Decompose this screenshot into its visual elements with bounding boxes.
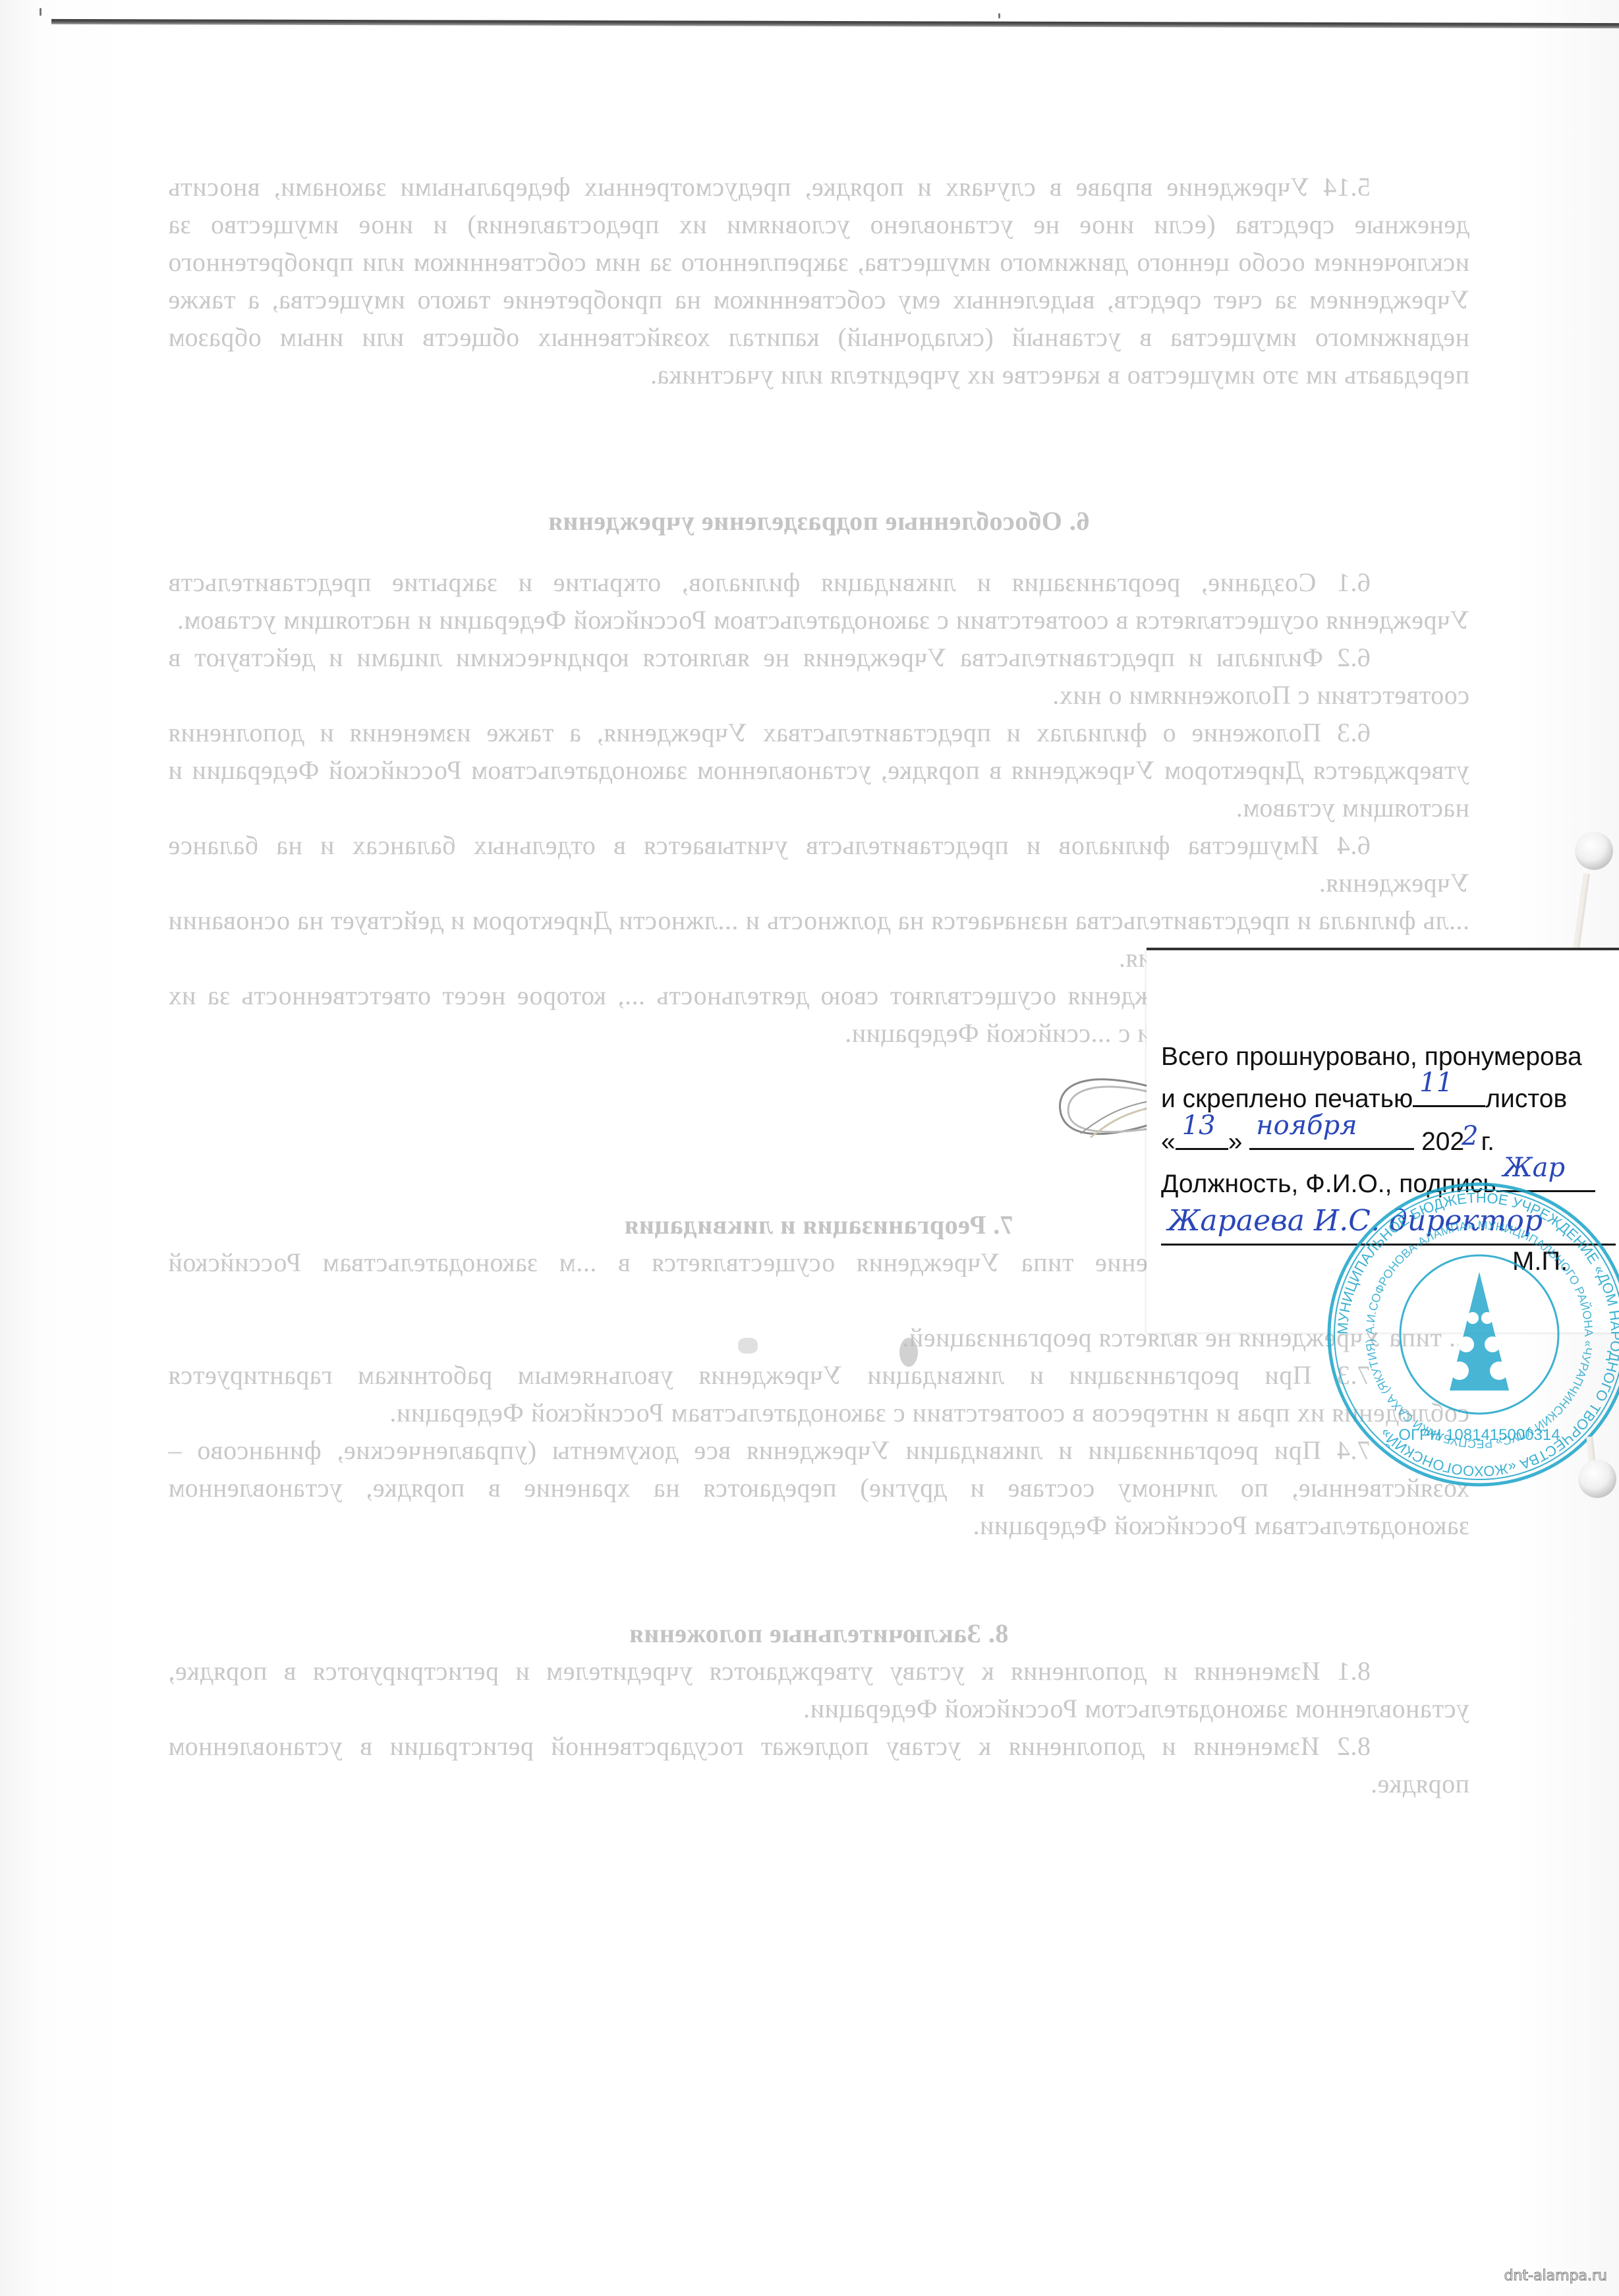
date-day-value: 13 bbox=[1182, 1105, 1216, 1147]
bleed-paragraph-7-4: 7.4 При реорганизации и ликвидации Учреж… bbox=[168, 1431, 1469, 1544]
pin-head-icon bbox=[1578, 1460, 1616, 1498]
bleed-through-text: 6. Обособленные подразделение учреждения bbox=[168, 502, 1469, 540]
name-field: Жараева И.С. директор bbox=[1161, 1205, 1616, 1246]
pin-head-icon bbox=[1575, 832, 1613, 870]
bleed-through-text: 5.14 Учреждение вправе в случаях и поряд… bbox=[168, 168, 1469, 393]
date-year-suffix: г. bbox=[1481, 1128, 1494, 1156]
bleed-paragraph-6-4: 6.4 Имущества филиалов и представительст… bbox=[168, 826, 1469, 902]
bleed-paragraph-8-2: 8.2 Изменения и дополнения к уставу подл… bbox=[168, 1727, 1469, 1802]
scan-speck bbox=[998, 13, 1000, 18]
signature-field: Жар bbox=[1496, 1168, 1595, 1192]
bleed-paragraph-6-2: 6.2 Филиалы и представительства Учрежден… bbox=[168, 639, 1469, 714]
date-quote-close: » bbox=[1228, 1128, 1243, 1156]
position-name-signature-label: Должность, Ф.И.О., подпись bbox=[1161, 1170, 1496, 1198]
sheets-label: листов bbox=[1485, 1085, 1567, 1113]
bleed-paragraph-8-1: 8.1 Изменения и дополнения к уставу утве… bbox=[168, 1652, 1469, 1727]
scan-speck bbox=[40, 8, 42, 16]
bleed-paragraph-6-3: 6.3 Положение о филиалах и представитель… bbox=[168, 714, 1469, 826]
date-month-field: ноября bbox=[1249, 1126, 1414, 1150]
certification-line-2: и скреплено печатью11листов bbox=[1161, 1078, 1616, 1120]
date-month-value: ноября bbox=[1256, 1105, 1357, 1147]
signature-value: Жар bbox=[1503, 1147, 1565, 1189]
scan-smudge bbox=[738, 1338, 758, 1354]
scan-smudge bbox=[899, 1338, 918, 1367]
bleed-heading-6: 6. Обособленные подразделение учреждения bbox=[168, 502, 1469, 540]
sheets-count-value: 11 bbox=[1419, 1062, 1453, 1104]
bleed-paragraph-6-1: 6.1 Создание, реорганизация и ликвидация… bbox=[168, 563, 1469, 639]
bleed-heading-8: 8. Заключительные положения bbox=[168, 1615, 1469, 1652]
certification-text: Всего прошнуровано, пронумерова и скрепл… bbox=[1161, 1036, 1616, 1246]
site-watermark: dnt-alampa.ru bbox=[1504, 2268, 1607, 2284]
seal-place-label: М.П. bbox=[1512, 1247, 1568, 1277]
binding-certification-sticker: Всего прошнуровано, пронумерова и скрепл… bbox=[1147, 948, 1619, 1333]
bleed-paragraph-7-3: 7.3 При реорганизации и ликвидации Учреж… bbox=[168, 1356, 1469, 1431]
name-value: Жараева И.С. директор bbox=[1168, 1200, 1543, 1242]
certification-line-4: Должность, Ф.И.О., подписьЖар bbox=[1161, 1163, 1616, 1205]
sheets-count-field: 11 bbox=[1413, 1083, 1485, 1107]
date-year-digit: 2 bbox=[1462, 1121, 1478, 1151]
bleed-through-text: 8. Заключительные положения 8.1 Изменени… bbox=[168, 1615, 1469, 1802]
binding-string-icon bbox=[1041, 1074, 1153, 1147]
date-quote-open: « bbox=[1161, 1128, 1176, 1156]
date-day-field: 13 bbox=[1176, 1126, 1228, 1150]
date-year-printed: 202 bbox=[1421, 1128, 1464, 1156]
certification-line-1: Всего прошнуровано, пронумерова bbox=[1161, 1036, 1616, 1078]
bleed-paragraph-5-14: 5.14 Учреждение вправе в случаях и поряд… bbox=[168, 168, 1469, 393]
